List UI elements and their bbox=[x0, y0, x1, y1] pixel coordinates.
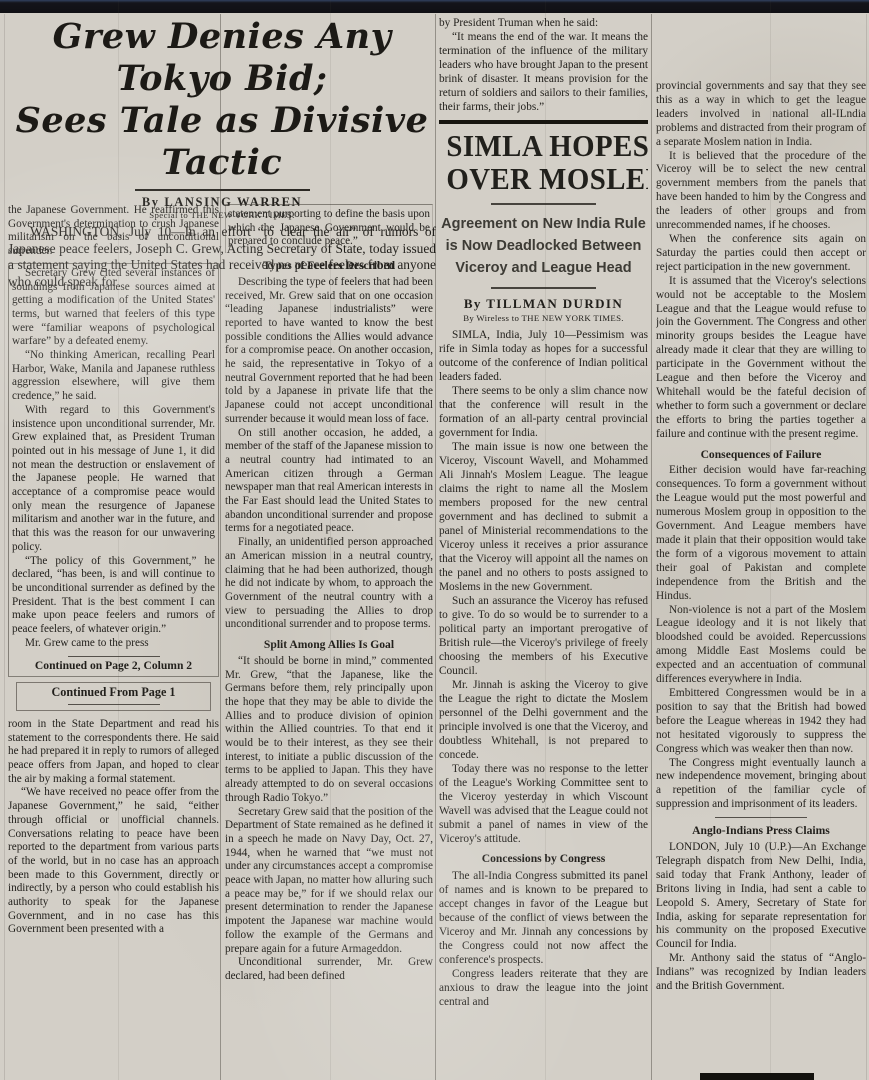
column-3: by President Truman when he said: “It me… bbox=[439, 16, 648, 1080]
simla-subhead-line3: Viceroy and League Head bbox=[439, 257, 648, 279]
grew-headline-line2: Sees Tale as Divisive Tactic bbox=[8, 100, 436, 184]
article-paragraph: “No thinking American, recalling Pearl H… bbox=[12, 349, 215, 404]
simla-headline: SIMLA HOPES FADE OVER MOSLEM SNAG bbox=[439, 129, 648, 195]
article-paragraph: The all-India Congress submitted its pan… bbox=[439, 869, 648, 967]
simla-byline: By TILLMAN DURDIN bbox=[439, 297, 648, 311]
divider-rule bbox=[491, 287, 596, 289]
grew-headline-line1: Grew Denies Any Tokyo Bid; bbox=[8, 16, 436, 100]
simla-credit-line: By Wireless to THE NEW YORK TIMES. bbox=[439, 311, 648, 325]
article-paragraph: room in the State Department and read hi… bbox=[8, 718, 219, 787]
simla-subhead-line1: Agreement on New India Rule bbox=[439, 213, 648, 235]
boxed-text-segment: Secretary Grew cited several instances o… bbox=[8, 263, 219, 677]
section-heading: Consequences of Failure bbox=[656, 448, 866, 462]
article-paragraph: The main issue is now one between the Vi… bbox=[439, 440, 648, 594]
article-paragraph: Mr. Jinnah is asking the Viceroy to give… bbox=[439, 678, 648, 762]
scan-bottom-edge-bar bbox=[700, 1073, 814, 1080]
column-2: statement purporting to define the basis… bbox=[225, 204, 433, 1080]
article-paragraph: Finally, an unidentified person approach… bbox=[225, 536, 433, 632]
article-paragraph: Secretary Grew said that the position of… bbox=[225, 806, 433, 957]
article-paragraph: With regard to this Government's insiste… bbox=[12, 404, 215, 555]
article-paragraph: Secretary Grew cited several instances o… bbox=[12, 267, 215, 349]
article-paragraph: Congress leaders reiterate that they are… bbox=[439, 967, 648, 1009]
article-paragraph: Mr. Anthony said the status of “Anglo-In… bbox=[656, 952, 866, 994]
divider-rule bbox=[491, 203, 596, 205]
section-heading: Types of Feelers Described bbox=[225, 259, 433, 273]
column-4: provincial governments and say that they… bbox=[656, 80, 866, 1080]
simla-headline-line2: OVER MOSLEM SNAG bbox=[446, 162, 640, 195]
simla-subhead: Agreement on New India Rule is Now Deadl… bbox=[439, 213, 648, 279]
article-paragraph: “We have received no peace offer from th… bbox=[8, 786, 219, 937]
article-paragraph: provincial governments and say that they… bbox=[656, 80, 866, 150]
article-paragraph: LONDON, July 10 (U.P.)—An Exchange Teleg… bbox=[656, 841, 866, 952]
article-paragraph: the Japanese Government. He reaffirmed t… bbox=[8, 204, 219, 259]
article-paragraph: It is believed that the procedure of the… bbox=[656, 150, 866, 233]
article-paragraph: Embittered Congressmen would be in a pos… bbox=[656, 687, 866, 757]
article-paragraph: statement purporting to define the basis… bbox=[228, 208, 430, 249]
article-paragraph: Unconditional surrender, Mr. Grew declar… bbox=[225, 956, 433, 983]
column-rule bbox=[866, 14, 867, 1080]
grew-headline: Grew Denies Any Tokyo Bid; Sees Tale as … bbox=[8, 16, 436, 184]
article-paragraph: Such an assurance the Viceroy has refuse… bbox=[439, 594, 648, 678]
section-heading: Split Among Allies Is Goal bbox=[225, 638, 433, 652]
column-rule bbox=[651, 14, 652, 1080]
continued-on-note: Continued on Page 2, Column 2 bbox=[12, 659, 215, 673]
article-paragraph: Describing the type of feelers that had … bbox=[225, 276, 433, 427]
scan-top-edge-bar bbox=[0, 0, 869, 13]
article-paragraph: When the conference sits again on Saturd… bbox=[656, 233, 866, 275]
column-1: the Japanese Government. He reaffirmed t… bbox=[8, 204, 219, 1080]
article-paragraph: “The policy of this Government,” he decl… bbox=[12, 555, 215, 637]
article-paragraph: There seems to be only a slim chance now… bbox=[439, 384, 648, 440]
article-paragraph: Non-violence is not a part of the Moslem… bbox=[656, 604, 866, 687]
simla-subhead-line2: is Now Deadlocked Between bbox=[439, 235, 648, 257]
heavy-rule bbox=[439, 120, 648, 124]
article-paragraph: “It should be borne in mind,” commented … bbox=[225, 655, 433, 806]
boxed-continuation: statement purporting to define the basis… bbox=[225, 204, 433, 253]
simla-headline-line1: SIMLA HOPES FADE bbox=[446, 129, 640, 162]
article-paragraph: Mr. Grew came to the press bbox=[12, 637, 215, 651]
article-paragraph: Either decision would have far-reaching … bbox=[656, 464, 866, 603]
article-paragraph: Today there was no response to the lette… bbox=[439, 762, 648, 846]
article-paragraph: by President Truman when he said: bbox=[439, 16, 648, 30]
newspaper-page-scan: Grew Denies Any Tokyo Bid; Sees Tale as … bbox=[0, 0, 869, 1080]
continued-from-label: Continued From Page 1 bbox=[19, 686, 208, 700]
article-paragraph: On still another occasion, he added, a m… bbox=[225, 427, 433, 537]
divider-rule bbox=[68, 704, 160, 705]
continued-from-header: Continued From Page 1 bbox=[16, 682, 211, 711]
article-paragraph: The Congress might eventually launch a n… bbox=[656, 757, 866, 813]
section-heading: Concessions by Congress bbox=[439, 852, 648, 866]
column-rule bbox=[4, 14, 5, 1080]
article-paragraph: SIMLA, India, July 10—Pessimism was rife… bbox=[439, 328, 648, 384]
headline-rule bbox=[135, 189, 310, 191]
divider-rule bbox=[715, 817, 807, 818]
article-paragraph: “It means the end of the war. It means t… bbox=[439, 30, 648, 114]
divider-rule bbox=[68, 656, 160, 657]
article-paragraph: It is assumed that the Viceroy's selecti… bbox=[656, 275, 866, 442]
section-heading: Anglo-Indians Press Claims bbox=[656, 824, 866, 838]
